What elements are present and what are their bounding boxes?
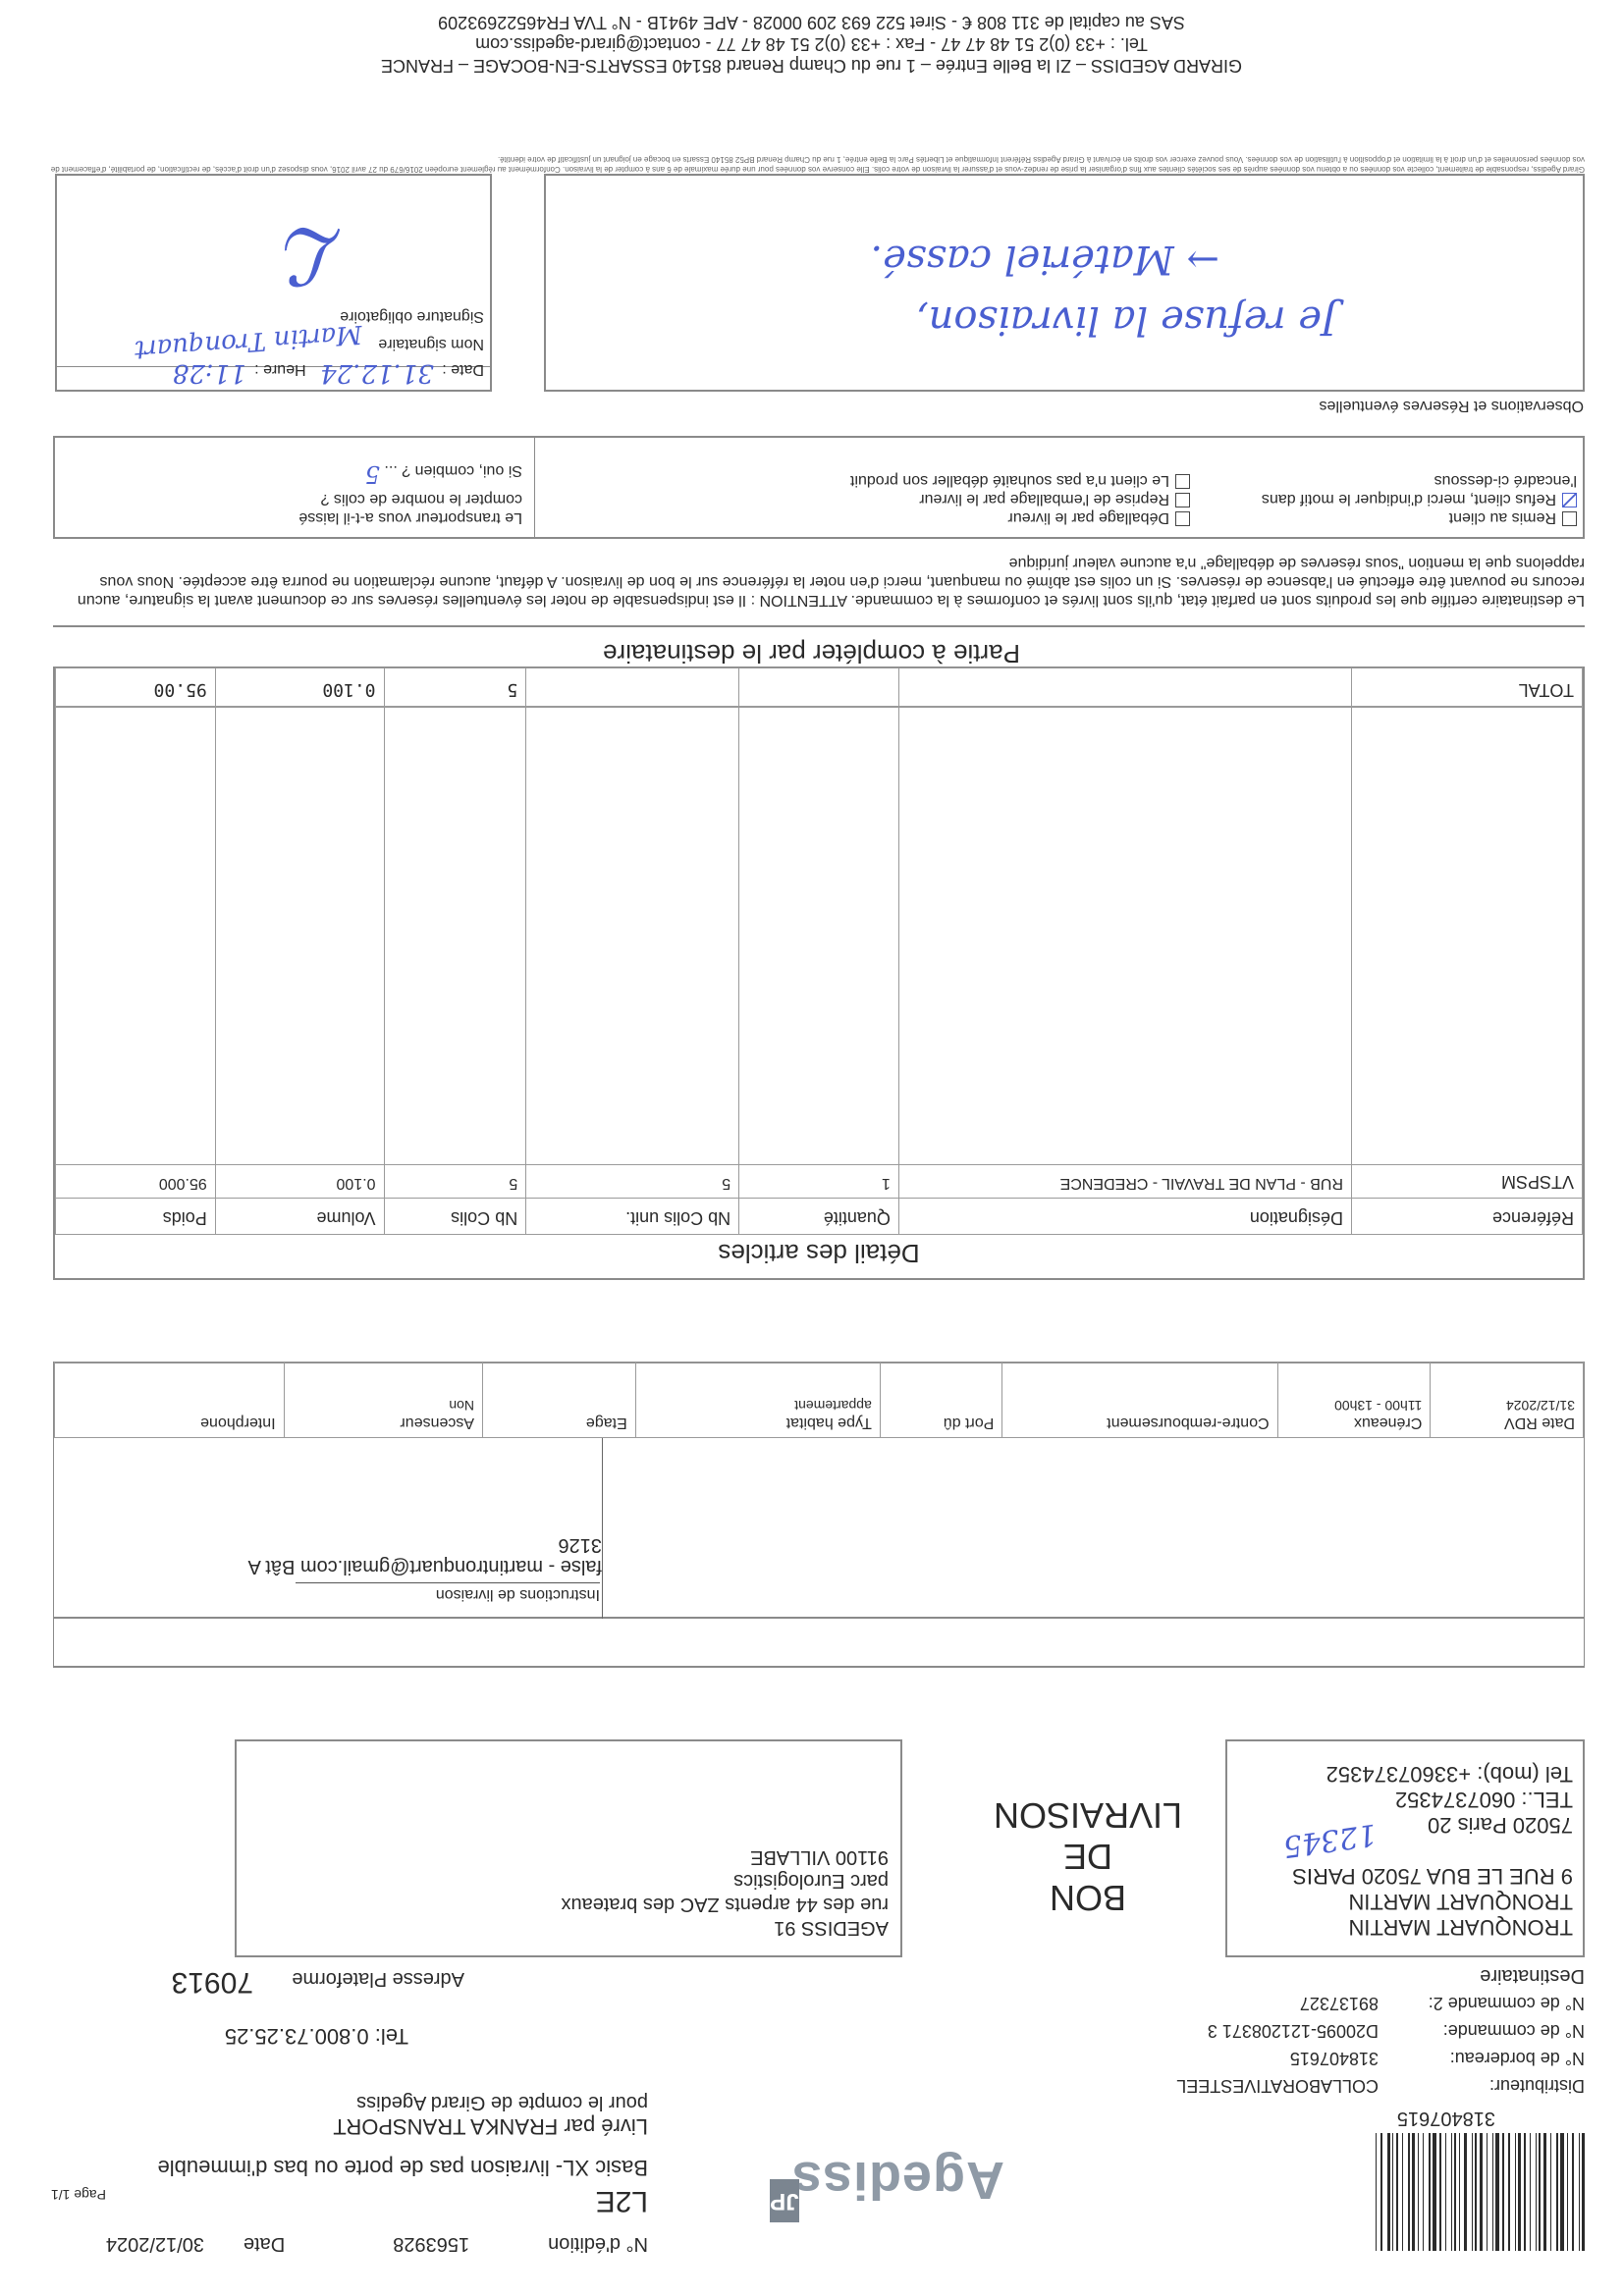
- barcode-bar: [1429, 2133, 1431, 2251]
- total-cell: 0.100: [215, 668, 384, 707]
- delivery-detail-cell: Interphone: [55, 1362, 285, 1438]
- barcode-bar: [1582, 2133, 1585, 2251]
- delivery-detail-value: [1010, 1398, 1269, 1414]
- delivery-detail-cell: AscenseurNon: [284, 1362, 482, 1438]
- delivery-detail-cell: Date RDV31/12/2024: [1431, 1362, 1584, 1438]
- barcode-bar: [1464, 2133, 1467, 2251]
- delivery-detail-value: 31/12/2024: [1438, 1398, 1575, 1414]
- barcode-bar: [1550, 2133, 1551, 2251]
- article-cell: 1: [739, 1165, 899, 1199]
- delivery-detail-header: Port dû: [889, 1414, 995, 1431]
- recipient-line: 9 RUE LE BUA 75020 PARIS: [1237, 1863, 1573, 1889]
- articles-table: RéférenceDésignationQuantitéNb Colis uni…: [55, 707, 1583, 1235]
- order-info-label: N° de commande:: [1379, 2017, 1585, 2045]
- option-item[interactable]: Remis au client: [1253, 508, 1577, 527]
- articles-block: Détail des articles RéférenceDésignation…: [53, 667, 1585, 1280]
- recipient-line: Tel (mob): +33607374352: [1237, 1761, 1573, 1787]
- instructions-lines: false - martintronquart@gmail.com Bât A3…: [248, 1534, 602, 1577]
- total-cell: 5: [384, 668, 526, 707]
- article-empty-cell: [215, 708, 384, 1165]
- checkbox[interactable]: [1562, 511, 1577, 526]
- section-divider: [53, 625, 1585, 627]
- document-title-word: LIVRAISON: [985, 1794, 1191, 1836]
- barcode-bar: [1408, 2133, 1410, 2251]
- logo-text: Agediss: [791, 2150, 1004, 2211]
- barcode-bar: [1439, 2133, 1441, 2251]
- barcode-bar: [1454, 2133, 1456, 2251]
- delivery-detail-value: [889, 1398, 995, 1414]
- articles-header-cell: Volume: [215, 1199, 384, 1235]
- article-cell: 0.100: [215, 1165, 384, 1199]
- delivery-detail-cell: Etage: [483, 1362, 636, 1438]
- delivery-details-table: Date RDV31/12/2024Créneaux11h00 - 13h00C…: [54, 1362, 1584, 1438]
- option-item[interactable]: Le client n'a pas souhaité déballer son …: [729, 471, 1190, 490]
- date-value: 30/12/2024: [106, 2232, 204, 2255]
- article-empty-cell: [526, 708, 739, 1165]
- signature-date-label: Date :: [442, 361, 484, 378]
- article-empty-cell: [56, 708, 216, 1165]
- articles-title: Détail des articles: [55, 1238, 1583, 1268]
- delivery-top-empty: [54, 1617, 1584, 1666]
- option-item[interactable]: Reprise de l'emballage par le livreur: [729, 490, 1190, 508]
- recipient-label: Destinataire: [1480, 1964, 1585, 1987]
- delivery-detail-cell: Type habitatappartement: [635, 1362, 880, 1438]
- count-answer-handwritten[interactable]: 5: [365, 460, 380, 488]
- count-answer: Si oui, combien ? ... 5: [365, 460, 522, 488]
- company-line3: SAS au capital de 311 808 € - Siret 522 …: [0, 12, 1623, 32]
- date-label: Date: [243, 2232, 285, 2255]
- delivery-detail-header: Interphone: [63, 1414, 276, 1431]
- signature-box: Date : 31.12.24 Heure : 11:28 Nom signat…: [55, 174, 492, 392]
- service-description: Basic XL- livraison pas de porte ou bas …: [158, 2155, 648, 2180]
- article-empty-cell: [384, 708, 526, 1165]
- carrier-phone: Tel: 0.800.73.25.25: [225, 2023, 408, 2049]
- articles-filler-row: [56, 708, 1583, 1165]
- barcode-bar: [1396, 2133, 1398, 2251]
- document-title-word: BON: [985, 1877, 1191, 1918]
- barcode-bar: [1567, 2133, 1568, 2251]
- delivery-detail-header: Type habitat: [644, 1414, 872, 1431]
- platform-lines: AGEDISS 91rue des 44 arpents ZAC des bra…: [248, 1845, 889, 1940]
- signatory-label: Nom signataire: [378, 335, 484, 352]
- order-info-value: COLLABORATIVESTEEL: [1176, 2072, 1379, 2100]
- barcode-bar: [1492, 2133, 1493, 2251]
- article-cell: 95.000: [56, 1165, 216, 1199]
- recipient-box: TRONQUART MARTINTRONQUART MARTIN9 RUE LE…: [1225, 1739, 1585, 1957]
- barcode-bar: [1502, 2133, 1504, 2251]
- option-label: Remis au client: [1449, 509, 1556, 526]
- barcode-bar: [1495, 2133, 1499, 2251]
- disclaimer: Le destinataire certifie que les produit…: [48, 554, 1585, 610]
- agediss-logo-icon: Agediss JP: [770, 2150, 1004, 2222]
- order-info-label: Distributeur:: [1379, 2072, 1585, 2100]
- barcode-bar: [1472, 2133, 1473, 2251]
- checkbox[interactable]: [1175, 493, 1190, 507]
- delivery-detail-value: appartement: [644, 1398, 872, 1414]
- option-label: Le client n'a pas souhaité déballer son …: [850, 472, 1169, 489]
- option-label: Reprise de l'emballage par le livreur: [919, 491, 1169, 507]
- barcode-bar: [1380, 2133, 1382, 2251]
- recipient-section-title: Partie à compléter par le destinataire: [0, 638, 1623, 668]
- total-cell: [739, 668, 899, 707]
- barcode-bar: [1508, 2133, 1510, 2251]
- article-cell: RUB - PLAN DE TRAVAIL - CREDENCE: [898, 1165, 1351, 1199]
- instruction-line: false - martintronquart@gmail.com Bât A: [248, 1556, 602, 1577]
- delivery-detail-value: [63, 1398, 276, 1414]
- total-label: TOTAL: [1351, 668, 1582, 707]
- barcode-bar: [1387, 2133, 1390, 2251]
- options-col1: Remis au clientRefus client, merci d'ind…: [1253, 471, 1577, 527]
- order-info-value: D20095-121208371 3: [1208, 2017, 1379, 2045]
- barcode-bar: [1530, 2133, 1531, 2251]
- barcode-bar: [1475, 2133, 1477, 2251]
- carrier-line1: Livré par FRANKA TRANSPORT: [333, 2113, 648, 2139]
- gdpr-note: Girard Agediss, responsable de traitemen…: [43, 154, 1585, 174]
- total-cell: [898, 668, 1351, 707]
- barcode-bar: [1376, 2133, 1377, 2251]
- article-empty-cell: [739, 708, 899, 1165]
- article-empty-cell: [898, 708, 1351, 1165]
- document-title-word: DE: [985, 1836, 1191, 1877]
- barcode-bar: [1423, 2133, 1424, 2251]
- logo-mark: JP: [770, 2179, 799, 2222]
- barcode-number: 318407615: [1397, 2107, 1495, 2129]
- checkbox[interactable]: [1175, 511, 1190, 526]
- signature-date-handwritten[interactable]: 31.12.24: [320, 358, 434, 388]
- edition-label: N° d'édition: [548, 2232, 648, 2255]
- barcode-bar: [1539, 2133, 1541, 2251]
- observations-label: Observations et Réserves éventuelles: [1320, 397, 1584, 414]
- signature-time-label: Heure :: [254, 361, 305, 378]
- order-info-row: N° de bordereau:318407615: [1035, 2045, 1585, 2072]
- articles-header-cell: Nb Colis unit.: [526, 1199, 739, 1235]
- barcode-bar: [1412, 2133, 1415, 2251]
- order-info-value: 318407615: [1290, 2045, 1379, 2072]
- article-cell: 5: [526, 1165, 739, 1199]
- recipient-line: TEL.: 0607374352: [1237, 1787, 1573, 1812]
- articles-total-row: TOTAL 50.10095.00: [55, 667, 1583, 707]
- table-row: VTSPSMRUB - PLAN DE TRAVAIL - CREDENCE15…: [56, 1165, 1583, 1199]
- order-info-label: N° de commande 2:: [1379, 1990, 1585, 2017]
- articles-total-table: TOTAL 50.10095.00: [55, 667, 1583, 707]
- platform-label: Adresse Plateforme: [292, 1967, 464, 1990]
- platform-line: parc Eurologistics: [248, 1869, 889, 1893]
- observations-handwritten: Je refuse la livraison,→ Matériel cassé.: [870, 229, 1337, 350]
- instructions-divider: [602, 1438, 1584, 1619]
- options-divider: [534, 438, 535, 537]
- barcode-bar: [1515, 2133, 1516, 2251]
- page-number: Page 1/1: [51, 2187, 106, 2203]
- barcode-bar: [1572, 2133, 1574, 2251]
- articles-header-cell: Référence: [1351, 1199, 1582, 1235]
- platform-line: AGEDISS 91: [248, 1916, 889, 1940]
- articles-header-cell: Quantité: [739, 1199, 899, 1235]
- total-row: TOTAL 50.10095.00: [56, 668, 1583, 707]
- order-info-row: Distributeur:COLLABORATIVESTEEL: [1035, 2072, 1585, 2100]
- instructions-label: Instructions de livraison: [296, 1582, 600, 1603]
- platform-line: rue des 44 arpents ZAC des brateaux: [248, 1893, 889, 1916]
- articles-table-wrap: RéférenceDésignationQuantitéNb Colis uni…: [55, 707, 1583, 1235]
- barcode-bar: [1451, 2133, 1452, 2251]
- barcode-bar: [1487, 2133, 1488, 2251]
- barcode-bar: [1459, 2133, 1460, 2251]
- signature-scribble-icon[interactable]: ℒ: [286, 210, 343, 301]
- delivery-block: Instructions de livraison false - martin…: [53, 1362, 1585, 1668]
- article-empty-cell: [1351, 708, 1582, 1165]
- delivery-detail-header: Contre-remboursement: [1010, 1414, 1269, 1431]
- count-answer-label: Si oui, combien ? ...: [384, 462, 522, 479]
- options-col2: Déballage par le livreurReprise de l'emb…: [729, 471, 1190, 527]
- delivery-detail-cell: Contre-remboursement: [1002, 1362, 1277, 1438]
- recipient-line: TRONQUART MARTIN: [1237, 1914, 1573, 1940]
- delivery-detail-header: Ascenseur: [293, 1414, 474, 1431]
- barcode: [1349, 2133, 1585, 2251]
- options-box: Remis au clientRefus client, merci d'ind…: [53, 436, 1585, 539]
- delivery-detail-value: [491, 1398, 627, 1414]
- delivery-detail-header: Créneaux: [1286, 1414, 1423, 1431]
- observations-box[interactable]: Je refuse la livraison,→ Matériel cassé.: [544, 174, 1585, 392]
- delivery-detail-cell: Port dû: [880, 1362, 1002, 1438]
- delivery-slip-page: 318407615 Agediss JP N° d'édition 156392…: [0, 0, 1623, 2296]
- barcode-bar: [1556, 2133, 1558, 2251]
- platform-code: 70913: [172, 1965, 253, 1999]
- observation-handwritten-line: → Matériel cassé.: [870, 229, 1219, 290]
- option-item[interactable]: Refus client, merci d'indiquer le motif …: [1253, 471, 1577, 508]
- carrier-line2: pour le compte de Girard Agediss: [356, 2091, 648, 2113]
- total-cell: 95.00: [56, 668, 216, 707]
- observation-handwritten-line: Je refuse la livraison,: [870, 290, 1337, 350]
- option-label: Déballage par le livreur: [1007, 509, 1169, 526]
- barcode-bar: [1518, 2133, 1521, 2251]
- checkbox[interactable]: [1175, 474, 1190, 489]
- barcode-bar: [1445, 2133, 1446, 2251]
- edition-number: 1563928: [393, 2232, 469, 2255]
- barcode-bar: [1480, 2133, 1483, 2251]
- barcode-bar: [1560, 2133, 1564, 2251]
- barcode-bar: [1543, 2133, 1546, 2251]
- article-cell: VTSPSM: [1351, 1165, 1582, 1199]
- delivery-detail-header: Date RDV: [1438, 1414, 1575, 1431]
- delivery-detail-value: Non: [293, 1398, 474, 1414]
- barcode-bar: [1433, 2133, 1436, 2251]
- platform-box: AGEDISS 91rue des 44 arpents ZAC des bra…: [235, 1739, 902, 1957]
- instruction-line: 3126: [248, 1534, 602, 1556]
- platform-line: 91100 VILLABE: [248, 1845, 889, 1869]
- delivery-detail-header: Etage: [491, 1414, 627, 1431]
- order-info: Distributeur:COLLABORATIVESTEELN° de bor…: [1035, 1990, 1585, 2100]
- company-line1: GIRARD AGEDISS – ZI la Belle Entrée – 1 …: [0, 55, 1623, 76]
- articles-header-cell: Nb Colis: [384, 1199, 526, 1235]
- barcode-bar: [1579, 2133, 1580, 2251]
- date-time-row: Date : 31.12.24 Heure : 11:28: [57, 366, 490, 390]
- barcode-bar: [1524, 2133, 1526, 2251]
- total-cell: [526, 668, 739, 707]
- option-item[interactable]: Déballage par le livreur: [729, 508, 1190, 527]
- order-info-label: N° de bordereau:: [1379, 2045, 1585, 2072]
- checkbox[interactable]: [1562, 493, 1577, 507]
- delivery-detail-value: 11h00 - 13h00: [1286, 1398, 1423, 1414]
- articles-header-cell: Poids: [56, 1199, 216, 1235]
- article-cell: 5: [384, 1165, 526, 1199]
- articles-header-cell: Désignation: [898, 1199, 1351, 1235]
- order-info-row: N° de commande 2:89137327: [1035, 1990, 1585, 2017]
- recipient-line: TRONQUART MARTIN: [1237, 1889, 1573, 1914]
- service-code: L2E: [596, 2184, 648, 2217]
- count-question: Le transporteur vous a-t-il laissé compt…: [267, 490, 522, 527]
- signature-time-handwritten[interactable]: 11:28: [173, 358, 246, 388]
- barcode-bar: [1402, 2133, 1403, 2251]
- delivery-detail-cell: Créneaux11h00 - 13h00: [1277, 1362, 1431, 1438]
- signature-label: Signature obligatoire: [340, 307, 484, 325]
- order-info-value: 89137327: [1300, 1990, 1379, 2017]
- barcode-bar: [1536, 2133, 1537, 2251]
- articles-header-row: RéférenceDésignationQuantitéNb Colis uni…: [56, 1199, 1583, 1235]
- document-title: BONDELIVRAISON: [985, 1794, 1191, 1918]
- option-label: Refus client, merci d'indiquer le motif …: [1262, 472, 1577, 507]
- company-line2: Tel. : +33 (0)2 51 48 47 47 - Fax : +33 …: [0, 33, 1623, 54]
- barcode-bar: [1418, 2133, 1419, 2251]
- order-info-row: N° de commande:D20095-121208371 3: [1035, 2017, 1585, 2045]
- barcode-bar: [1392, 2133, 1393, 2251]
- edition-info: N° d'édition 1563928 Date 30/12/2024: [39, 2232, 648, 2255]
